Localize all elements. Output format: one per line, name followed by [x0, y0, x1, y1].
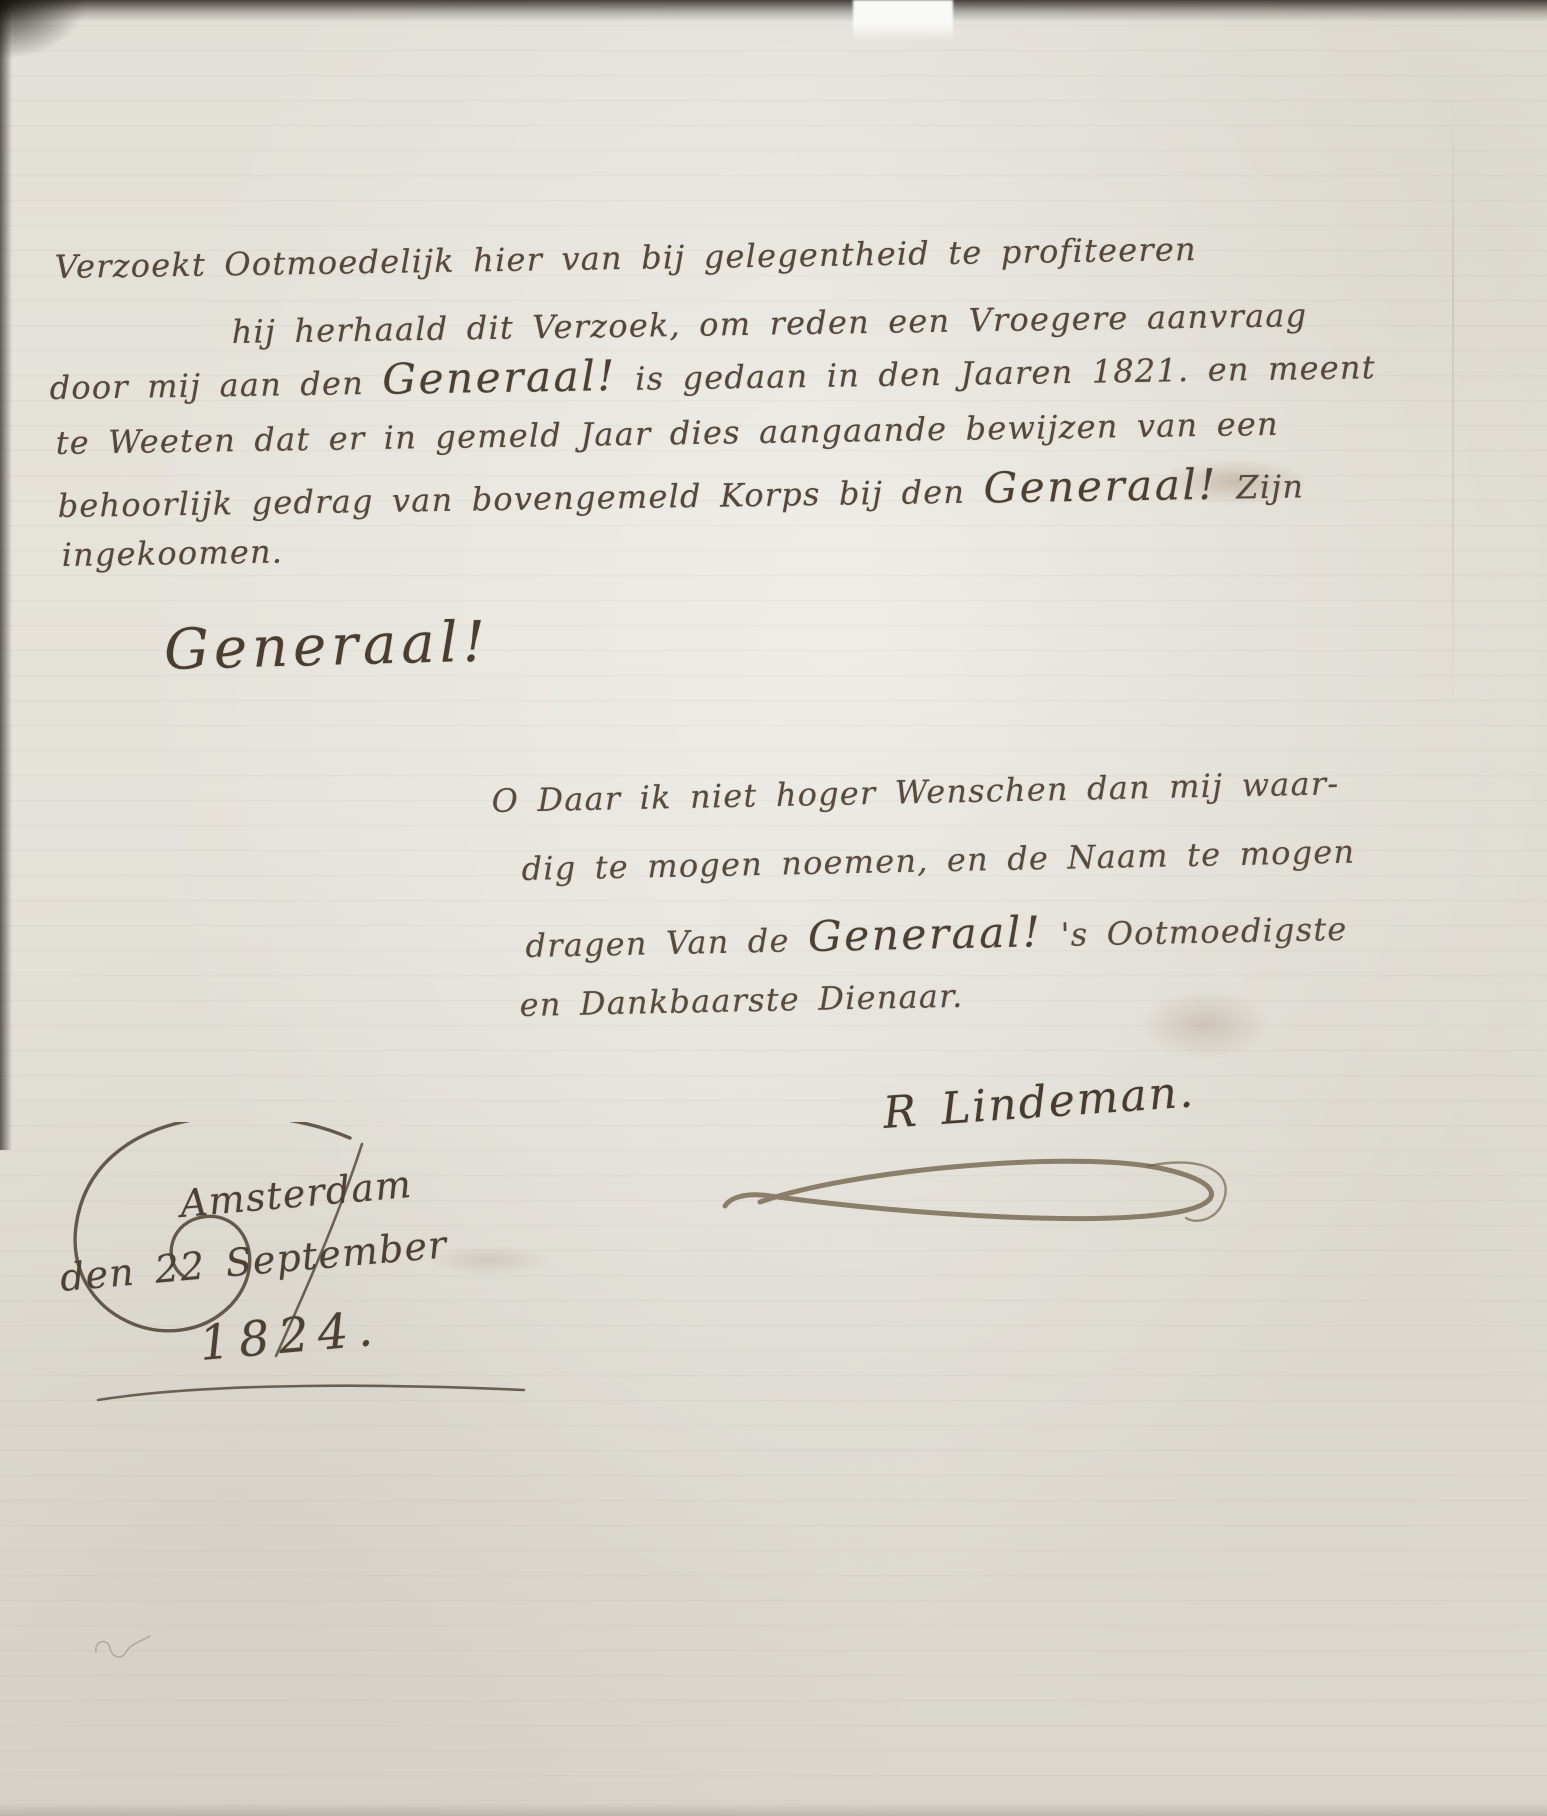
scan-background-notch: [853, 0, 953, 42]
letter-line: ingekoomen.: [61, 533, 283, 574]
letter-line-text: ingekoomen.: [61, 533, 283, 574]
scan-corner-shadow: [0, 0, 88, 60]
scanned-letter-page: Verzoekt Ootmoedelijk hier van bij geleg…: [0, 0, 1547, 1816]
salutation: Generaal!: [163, 609, 491, 683]
salutation-text: Generaal!: [163, 609, 491, 683]
scan-edge-left: [0, 0, 12, 1150]
fold-crease: [1452, 90, 1454, 730]
generaal-emphasis: Generaal!: [382, 351, 617, 404]
letter-line-text: door mij aan den: [49, 364, 382, 407]
generaal-emphasis: Generaal!: [807, 907, 1042, 961]
letter-line-text: Zijn: [1218, 467, 1305, 506]
letter-line-text: dragen Van de: [525, 921, 808, 965]
scan-edge-top: [0, 0, 1547, 22]
scan-edge-bottom: [0, 1802, 1547, 1816]
generaal-emphasis: Generaal!: [983, 460, 1218, 513]
letter-line-text: 's Ootmoedigste: [1042, 910, 1348, 954]
